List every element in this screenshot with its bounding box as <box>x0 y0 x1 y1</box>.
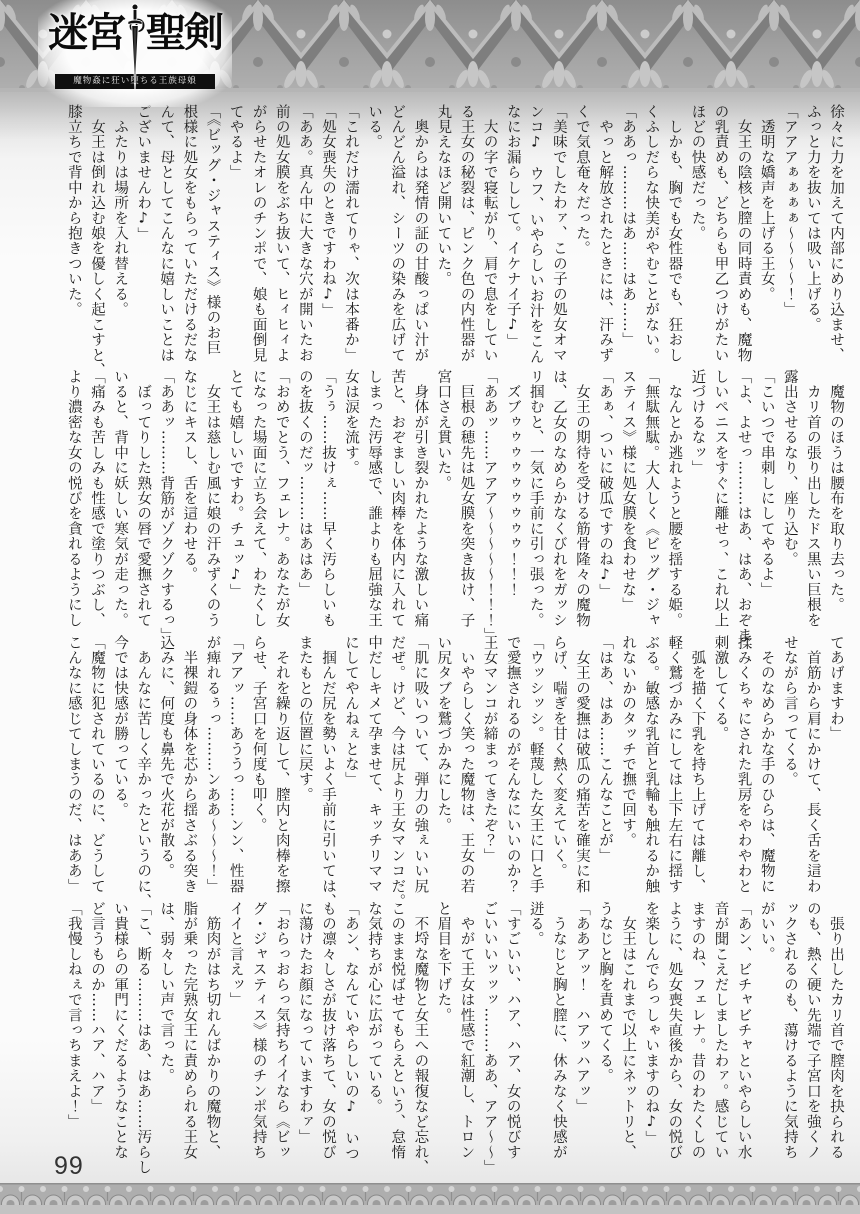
text-column: 王女マンコが締まってきたぞ？」 <box>478 635 501 899</box>
text-column: やがて王女は性感で紅潮し、トロン <box>454 901 477 1165</box>
sword-icon <box>127 3 143 93</box>
text-column: しいペニスをすぐに離せっ、これ以上 <box>708 369 731 633</box>
text-column: 「ああッ……アアア～～～～～！！！」 <box>478 369 501 633</box>
text-column: に蕩けたお顔になっていますわァ」 <box>293 901 316 1165</box>
text-column: ぶる。敏感な乳首と乳輪も触れるか触 <box>639 635 662 899</box>
text-column: い貴様らの軍門にくだるようなことな <box>108 901 131 1165</box>
text-column: な気持ちが心に広がっている。 <box>362 901 385 1165</box>
text-column: いる。 <box>362 104 385 368</box>
text-column: 筋肉がはち切れんばかりの魔物と、 <box>200 901 223 1165</box>
text-column: 魔物のほうは腰布を取り去った。 <box>824 369 847 633</box>
text-column: 「痛みも苦しみも性感で塗りつぶし、 <box>85 369 108 633</box>
text-column: 「こ、断る………はあ、はあ……汚らし <box>131 901 154 1165</box>
text-column: 「魔物に犯されているのに、どうして <box>85 635 108 899</box>
text-column: 女王はこれまで以上にネットリと、 <box>616 901 639 1165</box>
text-column: 「無駄無駄。大人しく《ビッグ・ジャ <box>639 369 662 633</box>
text-column: なんとか逃れようと腰を揺する姫。 <box>662 369 685 633</box>
text-column: 「アアッ……あううっ……ンン、性器 <box>223 635 246 899</box>
text-column: 苦と、おぞましい肉棒を体内に入れて <box>385 369 408 633</box>
text-column: 前の処女膜をぶち抜いて、ヒィヒィよ <box>270 104 293 368</box>
text-column: 今では快感が勝っている。 <box>108 635 131 899</box>
text-column: ど言うものか……ハア、ハア」 <box>85 901 108 1165</box>
text-column: らせ、子宮口を何度も叩く。 <box>247 635 270 899</box>
text-column: 掴んだ尻を勢いよく手前に引いては、 <box>316 635 339 899</box>
text-column: そのなめらかな手のひらは、魔物に <box>755 635 778 899</box>
text-column: てあげますわ」 <box>824 635 847 899</box>
text-column: んて、母としてこんなに嬉しいことは <box>154 104 177 368</box>
text-column: せながら言ってくる。 <box>778 635 801 899</box>
text-column: 膝立ちで背中から抱きついた。 <box>62 104 85 368</box>
text-column: 「我慢しねぇで言っちまえよ！」 <box>62 901 85 1165</box>
text-column: 丸見えなほど開いていた。 <box>431 104 454 368</box>
text-column: らげ、喘ぎを甘く熱く変えていく。 <box>547 635 570 899</box>
text-column: 揉みくちゃにされた乳房をやわやわと <box>732 635 755 899</box>
text-column: どんどん溢れ、シーツの染みを広げて <box>385 104 408 368</box>
text-column: の乳責めも、どちらも甲乙つけがたい <box>708 104 731 368</box>
text-column: 「処女喪失のときですわね♪」 <box>316 104 339 368</box>
text-column: 音が聞こえだしましたわァ。感じてい <box>708 901 731 1165</box>
text-column: しまった汚辱感で、誰よりも屈強な王 <box>362 369 385 633</box>
text-column: 「ああアッ！ ハアッハアッ」 <box>570 901 593 1165</box>
text-column: い尻タブを鷲づかみにした。 <box>431 635 454 899</box>
text-band-1: 徐々に力を加えて内部にめり込ませ、ふっと力を抜いては吸い上げる。「アアアぁぁぁぁ… <box>61 104 847 368</box>
logo-title-left: 迷宮 <box>48 13 124 53</box>
text-column: 「ウッシッシ。軽蔑した女王に口と手 <box>524 635 547 899</box>
text-column: くで気息奄々だった。 <box>570 104 593 368</box>
text-column: グ・ジャスティス》様のチンポ気持ち <box>247 901 270 1165</box>
lace-pattern <box>0 1183 860 1205</box>
text-column: 不埒な魔物と女王への報復など忘れ、 <box>408 901 431 1165</box>
text-column: くふしだらな快美がやむことがない。 <box>639 104 662 368</box>
text-column: 「ああッ………背筋がゾクゾクするっ」 <box>154 369 177 633</box>
bottom-gray-strip <box>0 1205 860 1214</box>
text-column: 巨根の穂先は処女膜を突き抜け、子 <box>454 369 477 633</box>
text-column: てやるよ」 <box>223 104 246 368</box>
text-column: は、乙女のなめらかなくびれをガッシ <box>547 369 570 633</box>
text-column: 「ああっ………はあ……はあ……」 <box>616 104 639 368</box>
text-column: のも、熱く硬い先端で子宮口を強くノ <box>801 901 824 1165</box>
text-column: リ掴むと、一気に手前に引っ張った。 <box>524 369 547 633</box>
text-column: 女王の期待を受ける筋骨隆々の魔物 <box>570 369 593 633</box>
text-band-4: 張り出したカリ首で膣肉を抉られるのも、熱く硬い先端で子宮口を強くノックされるのも… <box>61 901 847 1165</box>
text-column: ますのね、フェレナ。昔のわたくしの <box>685 901 708 1165</box>
text-column: 軽く鷲づかみにしては上下左右に揺す <box>662 635 685 899</box>
text-column: 刺激してくる。 <box>708 635 731 899</box>
text-column: いやらしく笑った魔物は、王女の若 <box>454 635 477 899</box>
text-column: 奥からは発情の証の甘酸っぱい汁が <box>408 104 431 368</box>
text-column: 女王の愛撫は破瓜の痛苦を確実に和 <box>570 635 593 899</box>
text-column: 透明な嬌声を上げる王女。 <box>755 104 778 368</box>
text-column: 「うぅ……抜けぇ……早く汚らしいも <box>316 369 339 633</box>
text-column: のを抜くのだッ………はあはあ」 <box>293 369 316 633</box>
text-column: で愛撫されるのがそんなにいいのか？ <box>501 635 524 899</box>
text-column: ごいいいッッッ………ああ、アア～～」 <box>478 901 501 1165</box>
text-band-3: てあげますわ」 首筋から肩にかけて、長く舌を這わせながら言ってくる。 そのなめら… <box>61 635 847 899</box>
text-column: イイと言えッ」 <box>223 901 246 1165</box>
text-column: を楽しんでらっしゃいますのね♪」 <box>639 901 662 1165</box>
page-number: 99 <box>54 1152 84 1181</box>
text-column: なじにキスし、舌を這わせる。 <box>177 369 200 633</box>
text-column: ございませんわ♪」 <box>131 104 154 368</box>
text-column: 「美味でしたわァ、この子の処女オマ <box>547 104 570 368</box>
text-column: 「おらっおらっ気持ちイイなら《ビッ <box>270 901 293 1165</box>
text-column: 近づけるなッ」 <box>685 369 708 633</box>
text-column: と眉目を下げた。 <box>431 901 454 1165</box>
text-column: いると、背中に妖しい寒気が走った。 <box>108 369 131 633</box>
text-column: ふっと力を抜いては吸い上げる。 <box>801 104 824 368</box>
text-column: れないかのタッチで撫で回す。 <box>616 635 639 899</box>
text-column: 「よ、よせっ………はあ、はあ、おぞま <box>732 369 755 633</box>
text-column: ぼってりした熟女の唇で愛撫されて <box>131 369 154 633</box>
text-column: 「ああ。真ん中に大きな穴が開いたお <box>293 104 316 368</box>
text-column: 女王は慈しむ風に娘の汗みずくのう <box>200 369 223 633</box>
text-column: 半裸鎧の身体を芯から揺さぶる突き <box>177 635 200 899</box>
text-column: またもとの位置に戻す。 <box>293 635 316 899</box>
text-column: 女王の陰核と膣の同時責めも、魔物 <box>732 104 755 368</box>
text-column: 露出させるなり、座り込む。 <box>778 369 801 633</box>
text-column: より濃密な女の悦びを貪れるようにし <box>62 369 85 633</box>
text-column: 首筋から肩にかけて、長く舌を這わ <box>801 635 824 899</box>
text-column: このまま悦ばせてもらえという、怠惰 <box>385 901 408 1165</box>
text-column: うなじと胸と膣に、休みなく快感が <box>547 901 570 1165</box>
text-column: なにお漏らしして。イケナイ子♪」 <box>501 104 524 368</box>
text-column: が痺れるぅっ………ンああ～～～！」 <box>200 635 223 899</box>
text-column: る王女の秘裂は、ピンク色の内性器が <box>454 104 477 368</box>
text-column: あんなに苦しく辛かったというのに、 <box>131 635 154 899</box>
text-column: 「肌に吸いついて、弾力の強ぇいい尻 <box>408 635 431 899</box>
text-column: 「あン、ビチャビチャといやらしい水 <box>732 901 755 1165</box>
text-column: しかも、胸でも女性器でも、狂おし <box>662 104 685 368</box>
text-column: 徐々に力を加えて内部にめり込ませ、 <box>824 104 847 368</box>
text-column: 「あぁ、ついに破瓜ですのね♪」 <box>593 369 616 633</box>
text-column: ふたりは場所を入れ替える。 <box>108 104 131 368</box>
text-column: 身体が引き裂かれたような激しい痛 <box>408 369 431 633</box>
text-column: 根様に処女をもらっていただけるだな <box>177 104 200 368</box>
text-column: 迸る。 <box>524 901 547 1165</box>
text-column: うなじと胸を責めてくる。 <box>593 901 616 1165</box>
text-column: 大の字で寝転がり、肩で息をしてい <box>478 104 501 368</box>
text-column: 中だしキメて孕ませて、キッチリママ <box>362 635 385 899</box>
text-column: 脂が乗った完熟女王に責められる王女 <box>177 901 200 1165</box>
text-column: 「はあ、はあ……こんなことが」 <box>593 635 616 899</box>
text-column: ほどの快感だった。 <box>685 104 708 368</box>
text-column: それを繰り返して、膣内と肉棒を擦 <box>270 635 293 899</box>
text-column: 「あン、なんていやらしいの♪ いつ <box>339 901 362 1165</box>
text-column: 宮口さえ貫いた。 <box>431 369 454 633</box>
text-column: カリ首の張り出したドス黒い巨根を <box>801 369 824 633</box>
text-column: 女王は倒れ込む娘を優しく起こすと、 <box>85 104 108 368</box>
text-column: もの凛々しさが抜け落ちて、女の悦び <box>316 901 339 1165</box>
text-column: やっと解放されたときには、汗みず <box>593 104 616 368</box>
text-column: 「これだけ濡れてりゃ、次は本番か」 <box>339 104 362 368</box>
text-column: は、弱々しい声で言った。 <box>154 901 177 1165</box>
logo-title-right: 聖剣 <box>146 13 222 53</box>
text-column: こんなに感じてしまうのだ、はああ」 <box>62 635 85 899</box>
text-column: とても嬉しいですわ。チュッ♪」 <box>223 369 246 633</box>
text-column: 女は涙を流す。 <box>339 369 362 633</box>
text-column: にしてやんねぇとな」 <box>339 635 362 899</box>
series-logo: 迷宮 の 聖剣 魔物姦に狂い堕ちる王族母娘 <box>48 3 222 97</box>
text-column: 弧を描く下乳を持ち上げては離し、 <box>685 635 708 899</box>
text-column: 込みに、何度も鼻先で火花が散る。 <box>154 635 177 899</box>
text-column: スティス》様に処女膜を食わせな」 <box>616 369 639 633</box>
text-column: 「《ビッグ・ジャスティス》様のお巨 <box>200 104 223 368</box>
text-column: 「アアアぁぁぁぁ～～～～！」 <box>778 104 801 368</box>
bottom-ornamental-border <box>0 1183 860 1205</box>
text-column: ズブゥゥゥゥゥゥゥゥゥ！！！ <box>501 369 524 633</box>
text-column: がいい。 <box>755 901 778 1165</box>
text-column: 「おめでとう、フェレナ。あなたが女 <box>270 369 293 633</box>
text-column: ックされるのも、蕩けるように気持ち <box>778 901 801 1165</box>
text-column: 「こいつで串刺しにしてやるよ」 <box>755 369 778 633</box>
text-column: になった場面に立ち会えて、わたくし <box>247 369 270 633</box>
text-column: ンコ♪ ウフ、いやらしいお汁をこん <box>524 104 547 368</box>
text-column: 張り出したカリ首で膣肉を抉られる <box>824 901 847 1165</box>
text-column: 「すごいい、ハア、ハア、女の悦びす <box>501 901 524 1165</box>
text-column: ように、処女喪失直後から、女の悦び <box>662 901 685 1165</box>
text-band-2: 魔物のほうは腰布を取り去った。 カリ首の張り出したドス黒い巨根を露出させるなり、… <box>61 369 847 633</box>
text-column: だぜ。けど、今は尻より王女マンコだ。 <box>385 635 408 899</box>
text-column: がらせたオレのチンポで、娘も面倒見 <box>247 104 270 368</box>
